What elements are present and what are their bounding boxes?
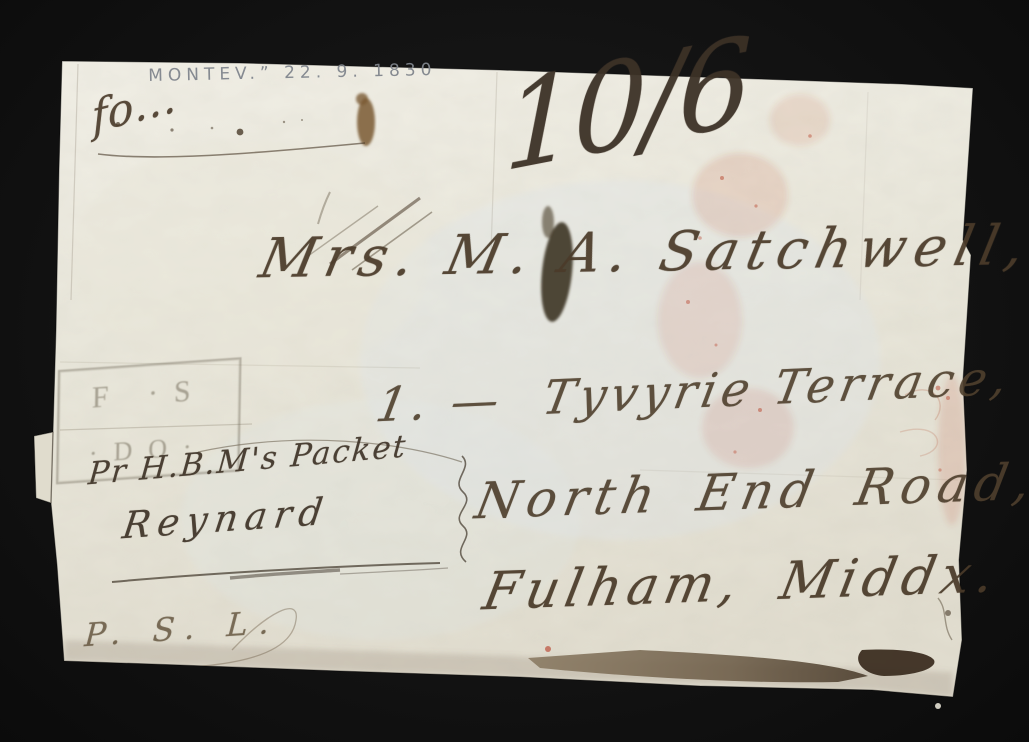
postmark-line-1: F ·S [92, 373, 207, 415]
left-flap-fold [34, 432, 53, 503]
paper-speck [935, 703, 941, 709]
address-line-recipient: Mrs. M. A. Satchwell, [254, 213, 1029, 291]
scanned-letter-photo: MONTEV.” 22. 9. 1830 fo… 10/6 Mrs. M. A.… [0, 0, 1029, 742]
